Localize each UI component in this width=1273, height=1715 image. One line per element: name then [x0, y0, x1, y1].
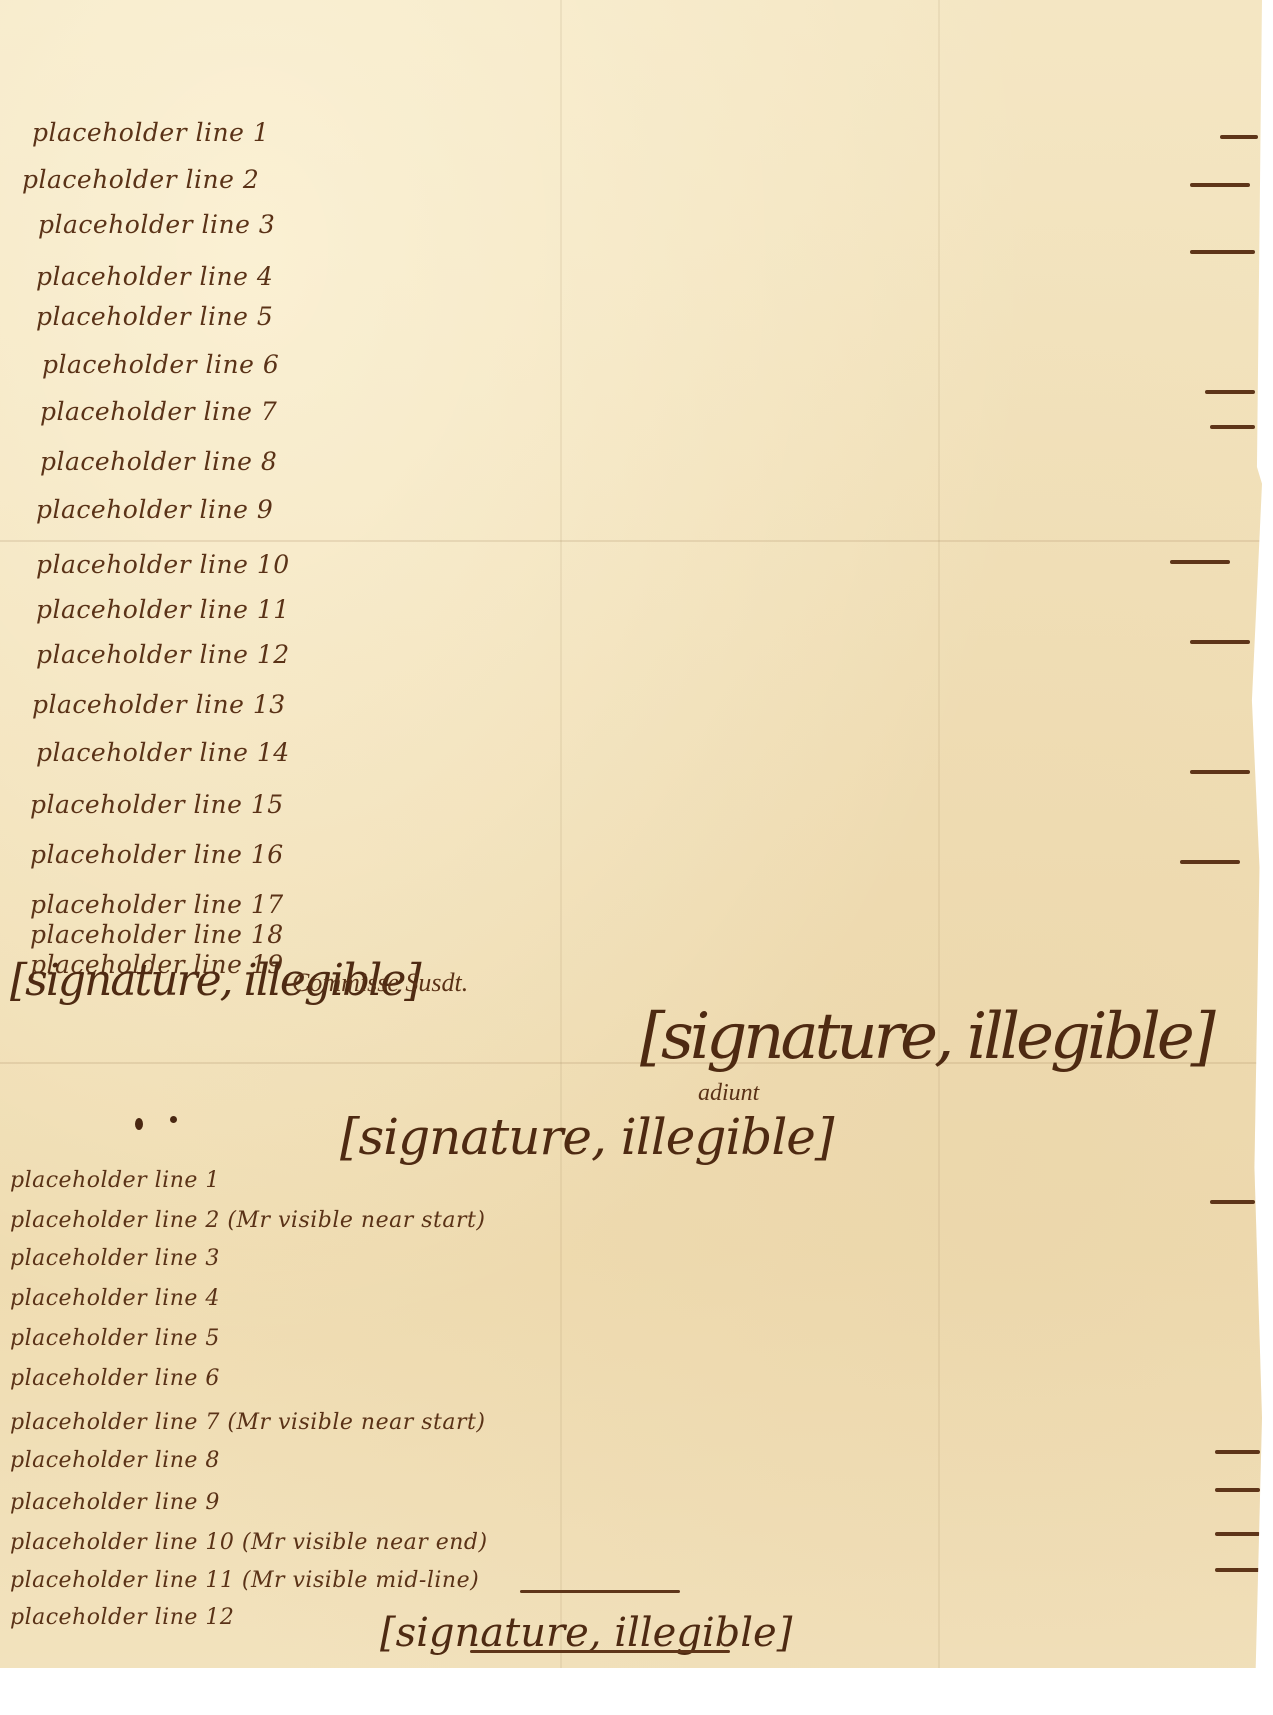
line-filler-stroke [1215, 1532, 1260, 1536]
line-filler-stroke [1190, 640, 1250, 644]
line-filler-stroke [1215, 1488, 1260, 1492]
manuscript-line: placeholder line 15 [30, 790, 284, 819]
line-filler-stroke [1205, 390, 1255, 394]
paper-fold [0, 540, 1262, 542]
manuscript-line: placeholder line 3 [10, 1246, 220, 1271]
ink-blot [135, 1118, 143, 1130]
line-filler-stroke [1180, 860, 1240, 864]
manuscript-line: placeholder line 6 [42, 350, 279, 379]
signature-note: adiunt [698, 1080, 759, 1107]
manuscript-line: placeholder line 8 [10, 1448, 220, 1473]
line-filler-stroke [1215, 1568, 1260, 1572]
manuscript-line: placeholder line 9 [36, 495, 273, 524]
signature-flourish [520, 1590, 680, 1593]
manuscript-line: placeholder line 11 (Mr visible mid-line… [10, 1568, 479, 1593]
line-filler-stroke [1215, 1450, 1260, 1454]
manuscript-line: placeholder line 18 [30, 920, 284, 949]
manuscript-line: placeholder line 16 [30, 840, 284, 869]
manuscript-line: placeholder line 9 [10, 1490, 220, 1515]
ink-blot [170, 1116, 177, 1123]
line-filler-stroke [1190, 250, 1255, 254]
paper-fold [560, 0, 562, 1668]
line-filler-stroke [1190, 770, 1250, 774]
manuscript-line: placeholder line 4 [36, 262, 273, 291]
manuscript-line: placeholder line 10 (Mr visible near end… [10, 1530, 488, 1555]
manuscript-page: placeholder line 1 placeholder line 2 pl… [0, 0, 1262, 1668]
signature-flourish [470, 1650, 730, 1653]
manuscript-line: placeholder line 7 (Mr visible near star… [10, 1410, 485, 1435]
line-filler-stroke [1190, 183, 1250, 187]
signature-third: [signature, illegible] [340, 1108, 833, 1166]
manuscript-line: placeholder line 1 [32, 118, 269, 147]
manuscript-line: placeholder line 12 [10, 1605, 234, 1630]
manuscript-line: placeholder line 17 [30, 890, 284, 919]
manuscript-line: placeholder line 11 [36, 595, 290, 624]
manuscript-line: placeholder line 2 [22, 165, 259, 194]
manuscript-line: placeholder line 4 [10, 1286, 220, 1311]
manuscript-line: placeholder line 8 [40, 447, 277, 476]
line-filler-stroke [1220, 135, 1258, 139]
line-filler-stroke [1170, 560, 1230, 564]
manuscript-line: placeholder line 6 [10, 1366, 220, 1391]
line-filler-stroke [1210, 425, 1255, 429]
manuscript-line: placeholder line 7 [40, 397, 277, 426]
manuscript-line: placeholder line 5 [36, 302, 273, 331]
manuscript-line: placeholder line 13 [32, 690, 286, 719]
manuscript-line: placeholder line 14 [36, 738, 290, 767]
manuscript-line: placeholder line 1 [10, 1168, 220, 1193]
manuscript-line: placeholder line 2 (Mr visible near star… [10, 1208, 485, 1233]
manuscript-line: placeholder line 10 [36, 550, 290, 579]
line-filler-stroke [1210, 1200, 1255, 1204]
signature-second: [signature, illegible] [640, 1000, 1212, 1074]
manuscript-line: placeholder line 5 [10, 1326, 220, 1351]
manuscript-line: placeholder line 12 [36, 640, 290, 669]
paper-fold [938, 0, 940, 1668]
signature-note: Commisse Susdt. [292, 968, 468, 998]
manuscript-line: placeholder line 3 [38, 210, 275, 239]
